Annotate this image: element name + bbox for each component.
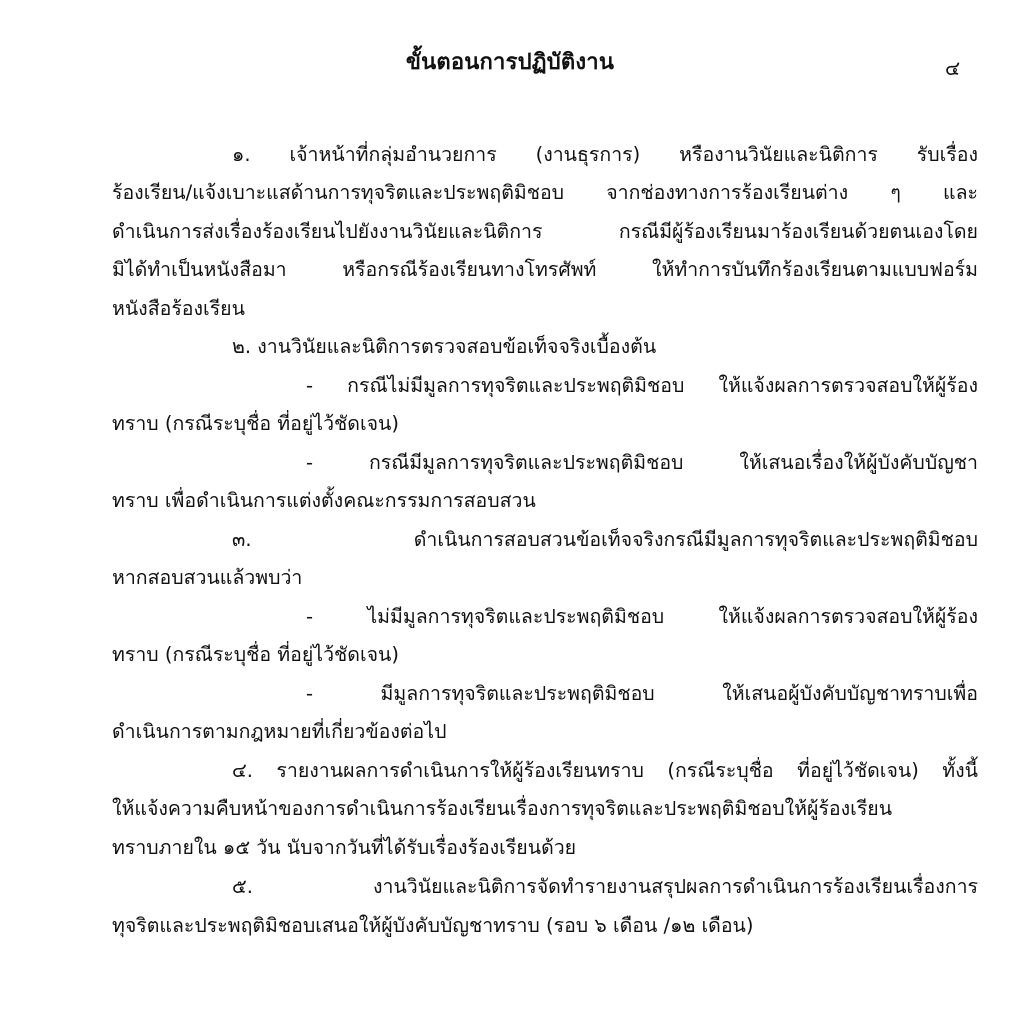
step-5-line-1: ๕. งานวินัยและนิติการจัดทำรายงานสรุปผลกา… bbox=[232, 872, 978, 902]
page-title: ขั้นตอนการปฏิบัติงาน bbox=[0, 44, 1020, 79]
step-2-case-b-line-1: - กรณีมีมูลการทุจริตและประพฤติมิชอบ ให้เ… bbox=[306, 448, 978, 478]
step-2-case-a-line-2: ทราบ (กรณีระบุชื่อ ที่อยู่ไว้ชัดเจน) bbox=[112, 409, 978, 439]
step-5-line-2: ทุจริตและประพฤติมิชอบเสนอให้ผู้บังคับบัญ… bbox=[112, 911, 978, 941]
step-1-line-3: ดำเนินการส่งเรื่องร้องเรียนไปยังงานวินัย… bbox=[112, 217, 978, 247]
step-4-line-3: ทราบภายใน ๑๕ วัน นับจากวันที่ได้รับเรื่อ… bbox=[112, 833, 978, 863]
step-1-line-5: หนังสือร้องเรียน bbox=[112, 294, 978, 324]
step-3-line-2: หากสอบสวนแล้วพบว่า bbox=[112, 563, 978, 593]
step-1-line-2: ร้องเรียน/แจ้งเบาะแสด้านการทุจริตและประพ… bbox=[112, 178, 978, 208]
step-3-line-1: ๓. ดำเนินการสอบสวนข้อเท็จจริงกรณีมีมูลกา… bbox=[232, 525, 978, 555]
step-4-line-2: ให้แจ้งความคืบหน้าของการดำเนินการร้องเรี… bbox=[112, 794, 978, 824]
step-2-heading: ๒. งานวินัยและนิติการตรวจสอบข้อเท็จจริงเ… bbox=[232, 332, 978, 362]
step-1-line-1: ๑. เจ้าหน้าที่กลุ่มอำนวยการ (งานธุรการ) … bbox=[232, 140, 978, 170]
step-1-line-4: มิได้ทำเป็นหนังสือมา หรือกรณีร้องเรียนทา… bbox=[112, 255, 978, 285]
step-3-case-b-line-2: ดำเนินการตามกฎหมายที่เกี่ยวข้องต่อไป bbox=[112, 717, 978, 747]
page-number: ๔ bbox=[945, 52, 960, 84]
step-3-case-a-line-2: ทราบ (กรณีระบุชื่อ ที่อยู่ไว้ชัดเจน) bbox=[112, 640, 978, 670]
step-4-line-1: ๔. รายงานผลการดำเนินการให้ผู้ร้องเรียนทร… bbox=[232, 756, 978, 786]
document-page: ขั้นตอนการปฏิบัติงาน ๔ ๑. เจ้าหน้าที่กลุ… bbox=[0, 0, 1020, 1024]
step-3-case-b-line-1: - มีมูลการทุจริตและประพฤติมิชอบ ให้เสนอผ… bbox=[306, 679, 978, 709]
step-2-case-a-line-1: - กรณีไม่มีมูลการทุจริตและประพฤติมิชอบ ใ… bbox=[306, 371, 978, 401]
step-3-case-a-line-1: - ไม่มีมูลการทุจริตและประพฤติมิชอบ ให้แจ… bbox=[306, 602, 978, 632]
step-2-case-b-line-2: ทราบ เพื่อดำเนินการแต่งตั้งคณะกรรมการสอบ… bbox=[112, 486, 978, 516]
